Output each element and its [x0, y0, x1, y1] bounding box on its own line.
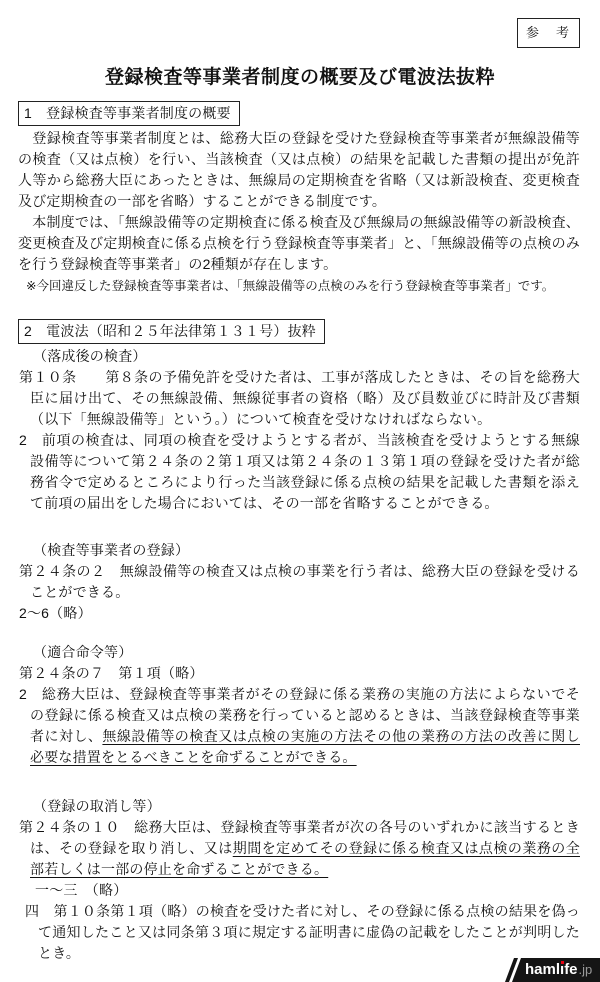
hamlife-logo: hamlıfe.jp: [500, 958, 600, 982]
section1-violation-note: ※今回違反した登録検査等事業者は、「無線設備等の点検のみを行う登録検査等事業者」…: [26, 277, 580, 295]
page-title: 登録検査等事業者制度の概要及び電波法抜粋: [0, 62, 600, 89]
article-24-7-paragraph-2: 2 総務大臣は、登録検査等事業者がその登録に係る業務の実施の方法によらないでその…: [30, 684, 580, 768]
article-24-10-item-4: 四 第１０条第１項（略）の検査を受けた者に対し、その登録に係る点検の結果を偽って…: [38, 901, 580, 964]
logo-i-red-dot-icon: [561, 961, 564, 964]
section1-paragraph-1: 登録検査等事業者制度とは、総務大臣の登録を受けた登録検査等事業者が無線設備等の検…: [18, 128, 580, 212]
subsection-label-completion-inspection: （落成後の検査）: [33, 346, 580, 367]
document-page: { "page": { "stamp": "参 考", "title": "登録…: [0, 0, 600, 982]
logo-letter-i: ı: [560, 958, 564, 981]
article-24-7-paragraph-2-underlined-text: 無線設備等の検査又は点検の実施の方法その他の業務の方法の改善に関し必要な措置をと…: [30, 728, 580, 765]
subsection-label-registration-revocation: （登録の取消し等）: [33, 796, 580, 817]
document-body: 1 登録検査等事業者制度の概要 登録検査等事業者制度とは、総務大臣の登録を受けた…: [0, 89, 600, 964]
article-24-10-items-1-3: 一～三 （略）: [35, 880, 580, 901]
article-24-10: 第２４条の１０ 総務大臣は、登録検査等事業者が次の各号のいずれかに該当するときは…: [30, 817, 580, 880]
article-10-paragraph-2: 2 前項の検査は、同項の検査を受けようとする者が、当該検査を受けようとする無線設…: [30, 430, 580, 514]
logo-suffix-jp: .jp: [579, 962, 593, 977]
subsection-label-registration: （検査等事業者の登録）: [33, 540, 580, 561]
section2-heading-box: 2 電波法（昭和２５年法律第１３１号）抜粋: [18, 319, 325, 344]
logo-text-part2: fe: [564, 961, 577, 978]
section1-paragraph-2: 本制度では、「無線設備等の定期検査に係る検査及び無線局の無線設備等の新設検査、変…: [18, 212, 580, 275]
subsection-label-compliance-order: （適合命令等）: [33, 642, 580, 663]
logo-text-part1: haml: [525, 961, 560, 978]
article-24-2: 第２４条の２ 無線設備等の検査又は点検の事業を行う者は、総務大臣の登録を受けるこ…: [30, 561, 580, 603]
logo-band: hamlıfe.jp: [504, 958, 600, 982]
article-10: 第１０条 第８条の予備免許を受けた者は、工事が落成したときは、その旨を総務大臣に…: [30, 367, 580, 430]
article-24-2-items-2-6: 2～6（略）: [19, 603, 580, 624]
reference-stamp: 参 考: [517, 18, 580, 48]
article-24-7: 第２４条の７ 第１項（略）: [30, 663, 580, 684]
section1-heading-box: 1 登録検査等事業者制度の概要: [18, 101, 240, 126]
